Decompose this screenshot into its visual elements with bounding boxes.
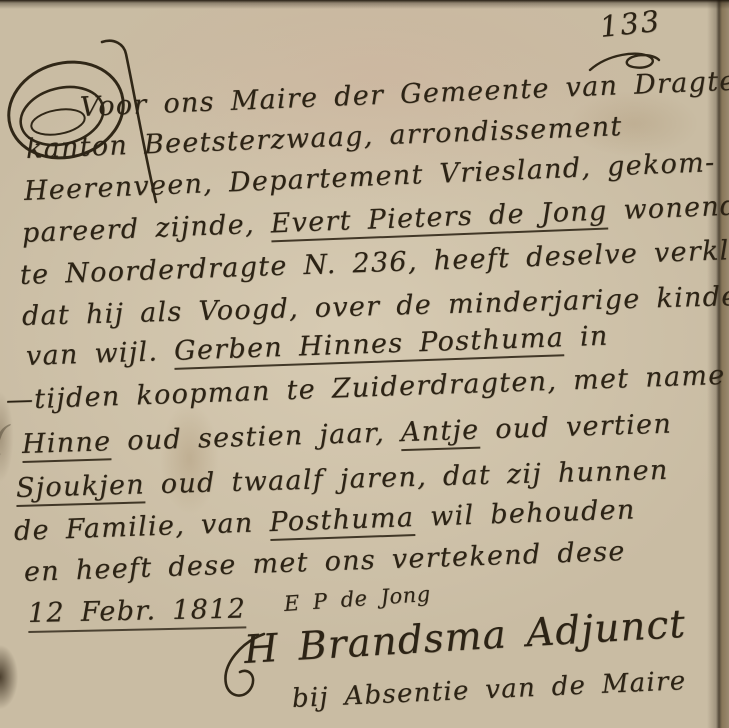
signature-ep-de-jong: E P de Jong [283, 582, 431, 617]
line-text: wonende [607, 190, 729, 227]
line-text: oud vertien [479, 409, 673, 446]
line-text: Voor ons Maire der Gemeente van Dragte [79, 66, 729, 123]
signature-text: E P de Jong [283, 582, 431, 616]
line-text: de Familie, van [13, 507, 270, 547]
underlined-name: Sjoukjen [16, 469, 146, 507]
line-text: van wijl. [25, 336, 174, 372]
underlined-name: Hinne [21, 426, 111, 463]
page-number: 133 [598, 4, 663, 45]
underlined-name: Antje [400, 415, 480, 451]
underlined-name: Gerben Hinnes Posthuma [174, 322, 565, 370]
signature-text: bij Absentie van de Maire [291, 666, 687, 714]
underlined-name: Evert Pieters de Jong [270, 196, 608, 243]
line-text: pareerd zijnde, [21, 208, 271, 249]
line-text: oud sestien jaar, [111, 417, 401, 457]
line-text: in [564, 321, 610, 354]
date-line: 12 Febr. 1812 [28, 593, 247, 630]
manuscript-page: 133 ( Voor ons Maire der Gemeente van Dr… [0, 0, 729, 728]
manuscript-line: Hinne oud sestien jaar, Antje oud vertie… [21, 409, 672, 462]
signature-absentie-note: bij Absentie van de Maire [291, 666, 687, 715]
underlined-name: Posthuma [269, 502, 415, 541]
line-text: wil behouden [414, 494, 636, 533]
margin-mark: ( [0, 417, 11, 460]
manuscript-line: Voor ons Maire der Gemeente van Dragte [79, 66, 729, 125]
line-text: oud twaalf jaren, dat zij hunnen [145, 455, 669, 501]
